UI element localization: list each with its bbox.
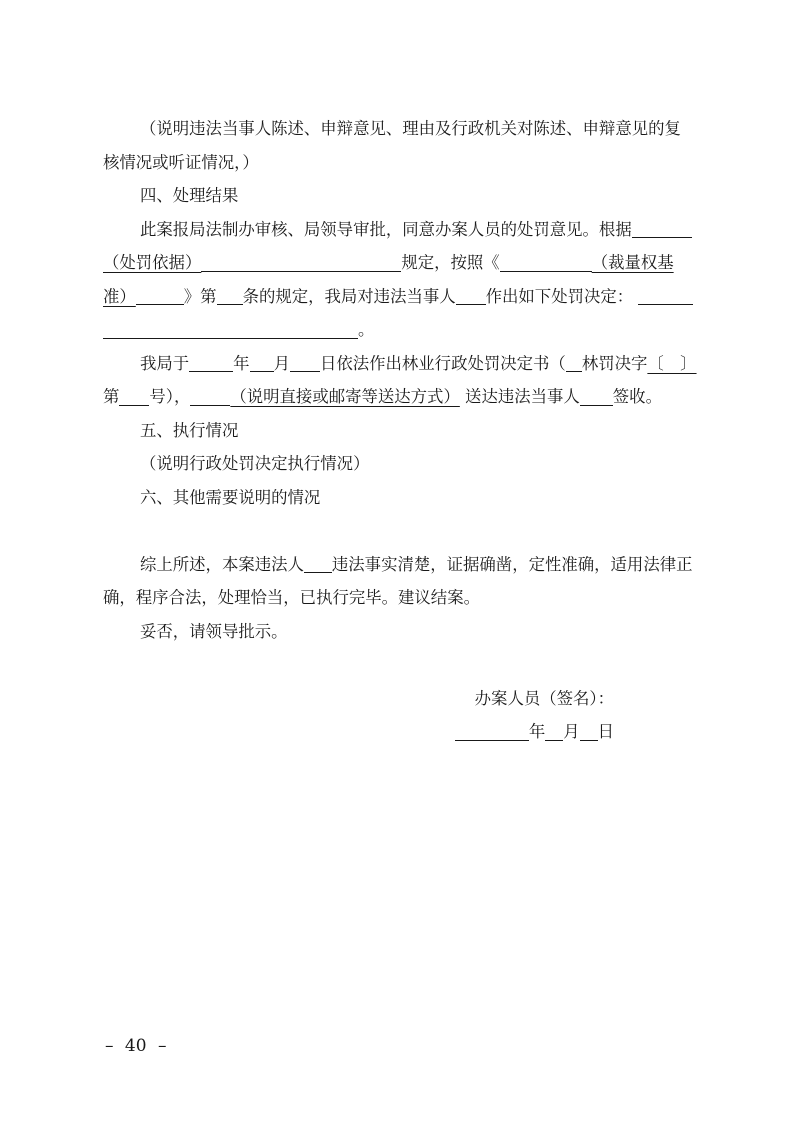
text-segment: 条的规定，我局对违法当事人 (243, 287, 456, 306)
blank-field (500, 266, 592, 272)
text-segment: 年 (529, 722, 545, 741)
blank-field (119, 400, 149, 406)
doc-line: 年月日 (103, 715, 699, 749)
text-segment: 六、其他需要说明的情况 (140, 488, 320, 507)
document-page: （说明违法当事人陈述、申辩意见、理由及行政机关对陈述、申辩意见的复核情况或听证情… (0, 0, 793, 1122)
text-segment: 核情况或听证情况，） (103, 153, 259, 172)
text-segment: 年 (233, 354, 249, 373)
blank-field (190, 400, 230, 406)
doc-line: 办案人员（签名）： (103, 682, 699, 716)
text-segment: 日依法作出林业行政处罚决定书（ (320, 354, 566, 373)
text-segment: 月 (563, 722, 579, 741)
doc-line: 此案报局法制办审核、局领导审批，同意办案人员的处罚意见。根据 (103, 213, 699, 247)
text-segment: 四、处理结果 (140, 186, 238, 205)
doc-line: （说明行政处罚决定执行情况） (103, 447, 699, 481)
blank-field (455, 735, 529, 741)
text-segment: 规定，按照《 (401, 253, 499, 272)
page-number: – 40 – (105, 1036, 166, 1056)
doc-line: （处罚依据）规定，按照《（裁量权基 (103, 246, 699, 280)
underlined-text: （说明直接或邮寄等送达方式） (230, 387, 459, 406)
doc-line: 。 (103, 313, 699, 347)
blank-field (566, 366, 582, 372)
doc-line: 第号），（说明直接或邮寄等送达方式） 送达违法当事人签收。 (103, 380, 699, 414)
text-segment: 综上所述，本案违法人 (140, 555, 304, 574)
doc-line: 准）》第条的规定，我局对违法当事人作出如下处罚决定： (103, 280, 699, 314)
blank-field (304, 567, 332, 573)
blank-field (580, 400, 613, 406)
doc-line: 确，程序合法，处理恰当，已执行完毕。建议结案。 (103, 581, 699, 615)
underlined-text: 准） (103, 287, 136, 306)
text-segment: 日 (598, 722, 614, 741)
text-segment: 林罚决字 (582, 354, 648, 373)
doc-line: 五、执行情况 (103, 414, 699, 448)
text-segment: 》第 (184, 287, 217, 306)
text-segment: 五、执行情况 (140, 421, 238, 440)
blank-field (201, 266, 401, 272)
text-segment: 号）， (149, 387, 190, 406)
underlined-text: （裁量权基 (592, 253, 674, 272)
doc-line: （说明违法当事人陈述、申辩意见、理由及行政机关对陈述、申辩意见的复 (103, 112, 699, 146)
doc-line (103, 648, 699, 682)
text-segment: 。 (358, 320, 374, 339)
text-segment: 送达违法当事人 (460, 387, 580, 406)
blank-field (456, 299, 486, 305)
text-segment: 办案人员（签名）： (475, 689, 614, 708)
doc-line: 核情况或听证情况，） (103, 146, 699, 180)
blank-field (136, 299, 184, 305)
doc-line: 我局于年月日依法作出林业行政处罚决定书（林罚决字〔 〕 (103, 347, 699, 381)
text-segment: 违法事实清楚，证据确凿，定性准确，适用法律正 (332, 555, 693, 574)
blank-field (217, 299, 243, 305)
underlined-text: 〔 〕 (647, 354, 696, 373)
doc-line: 综上所述，本案违法人违法事实清楚，证据确凿，定性准确，适用法律正 (103, 548, 699, 582)
blank-field (250, 366, 274, 372)
blank-field (545, 735, 563, 741)
text-segment: 妥否，请领导批示。 (140, 622, 288, 641)
doc-line: 六、其他需要说明的情况 (103, 481, 699, 515)
text-segment: 确，程序合法，处理恰当，已执行完毕。建议结案。 (103, 588, 480, 607)
doc-line: 四、处理结果 (103, 179, 699, 213)
blank-field (580, 735, 598, 741)
text-segment: 我局于 (140, 354, 189, 373)
text-segment: 此案报局法制办审核、局领导审批，同意办案人员的处罚意见。根据 (140, 220, 632, 239)
blank-field (103, 333, 358, 339)
doc-line (103, 514, 699, 548)
underlined-text: （处罚依据） (103, 253, 201, 272)
text-segment: 月 (274, 354, 290, 373)
document-body: （说明违法当事人陈述、申辩意见、理由及行政机关对陈述、申辩意见的复核情况或听证情… (103, 112, 699, 749)
blank-field (290, 366, 320, 372)
blank-field (638, 299, 693, 305)
blank-field (189, 366, 233, 372)
blank-field (632, 232, 692, 238)
text-segment: （说明违法当事人陈述、申辩意见、理由及行政机关对陈述、申辩意见的复 (140, 119, 681, 138)
text-segment: （说明行政处罚决定执行情况） (140, 454, 369, 473)
text-segment: 第 (103, 387, 119, 406)
text-segment: 作出如下处罚决定： (486, 287, 639, 306)
text-segment: 签收。 (613, 387, 662, 406)
doc-line: 妥否，请领导批示。 (103, 615, 699, 649)
